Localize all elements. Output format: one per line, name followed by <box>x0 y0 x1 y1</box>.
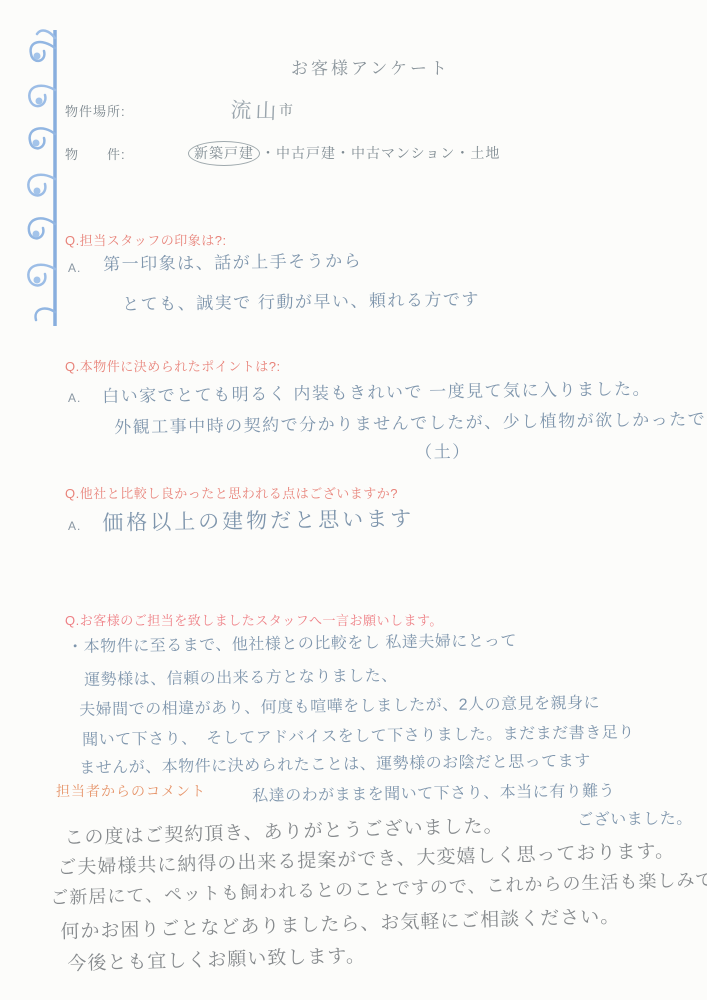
answer-4-line: 聞いて下さり、 そしてアドバイスをして下さりました。まだまだ書き足り <box>82 719 635 750</box>
question-3-label: Q.他社と比較し良かったと思われる点はございますか? <box>65 483 398 502</box>
answer-2-line: 白い家でとても明るく 内装もきれいで 一度見て気に入りました。 <box>102 374 651 407</box>
answer-1-prefix: A. <box>68 261 81 275</box>
location-value-handwritten: 流山 <box>230 94 281 126</box>
staff-comment-label: 担当者からのコメント <box>56 781 206 801</box>
property-option-selected: 新築戸建 <box>188 141 260 166</box>
staff-comment-line: 今後とも宜しくお願い致します。 <box>67 941 366 976</box>
answer-3-line: 価格以上の建物だと思います <box>102 503 414 537</box>
answer-2-prefix: A. <box>68 391 81 405</box>
survey-scan-page: お客様アンケート 物件場所: 流山 市 物 件: 新築戸建・中古戸建・中古マンシ… <box>0 0 707 1000</box>
property-label: 物 件: <box>65 144 126 163</box>
property-options: 新築戸建・中古戸建・中古マンション・土地 <box>188 141 500 166</box>
answer-1-line: 第一印象は、話が上手そうから <box>103 246 362 275</box>
question-1-label: Q.担当スタッフの印象は?: <box>65 230 227 249</box>
staff-comment-line: 何かお困りごとなどありましたら、お気軽にご相談ください。 <box>60 901 621 944</box>
location-label: 物件場所: <box>65 101 126 120</box>
answer-4-line: ませんが、本物件に決められたことは、運勢様のお陰だと思ってます <box>79 748 591 778</box>
answer-3-prefix: A. <box>68 519 81 533</box>
question-4-label: Q.お客様のご担当を致しましたスタッフへ一言お願いします。 <box>65 610 443 629</box>
question-2-label: Q.本物件に決められたポイントは?: <box>65 356 281 375</box>
answer-2-line: 外観工事中時の契約で分かりませんでしたが、少し植物が欲しかったです <box>114 404 707 438</box>
answer-4-line: ・本物件に至るまで、他社様との比較をし 私達夫婦にとって <box>67 628 517 657</box>
answer-4-line: ございました。 <box>577 805 693 830</box>
answer-1-line: とても、誠実で 行動が早い、頼れる方です <box>122 285 480 315</box>
answer-4-line: 私達のわがままを聞いて下さり、本当に有り難う <box>252 778 615 806</box>
answer-4-line: 夫婦間での相違があり、何度も喧嘩をしましたが、2人の意見を親身に <box>79 690 600 720</box>
property-options-rest: ・中古戸建・中古マンション・土地 <box>261 145 500 161</box>
answer-4-line: 運勢様は、信頼の出来る方となりました、 <box>84 663 398 690</box>
location-suffix: 市 <box>279 100 294 120</box>
page-title: お客様アンケート <box>0 54 707 79</box>
answer-2-line: （土） <box>415 437 471 463</box>
